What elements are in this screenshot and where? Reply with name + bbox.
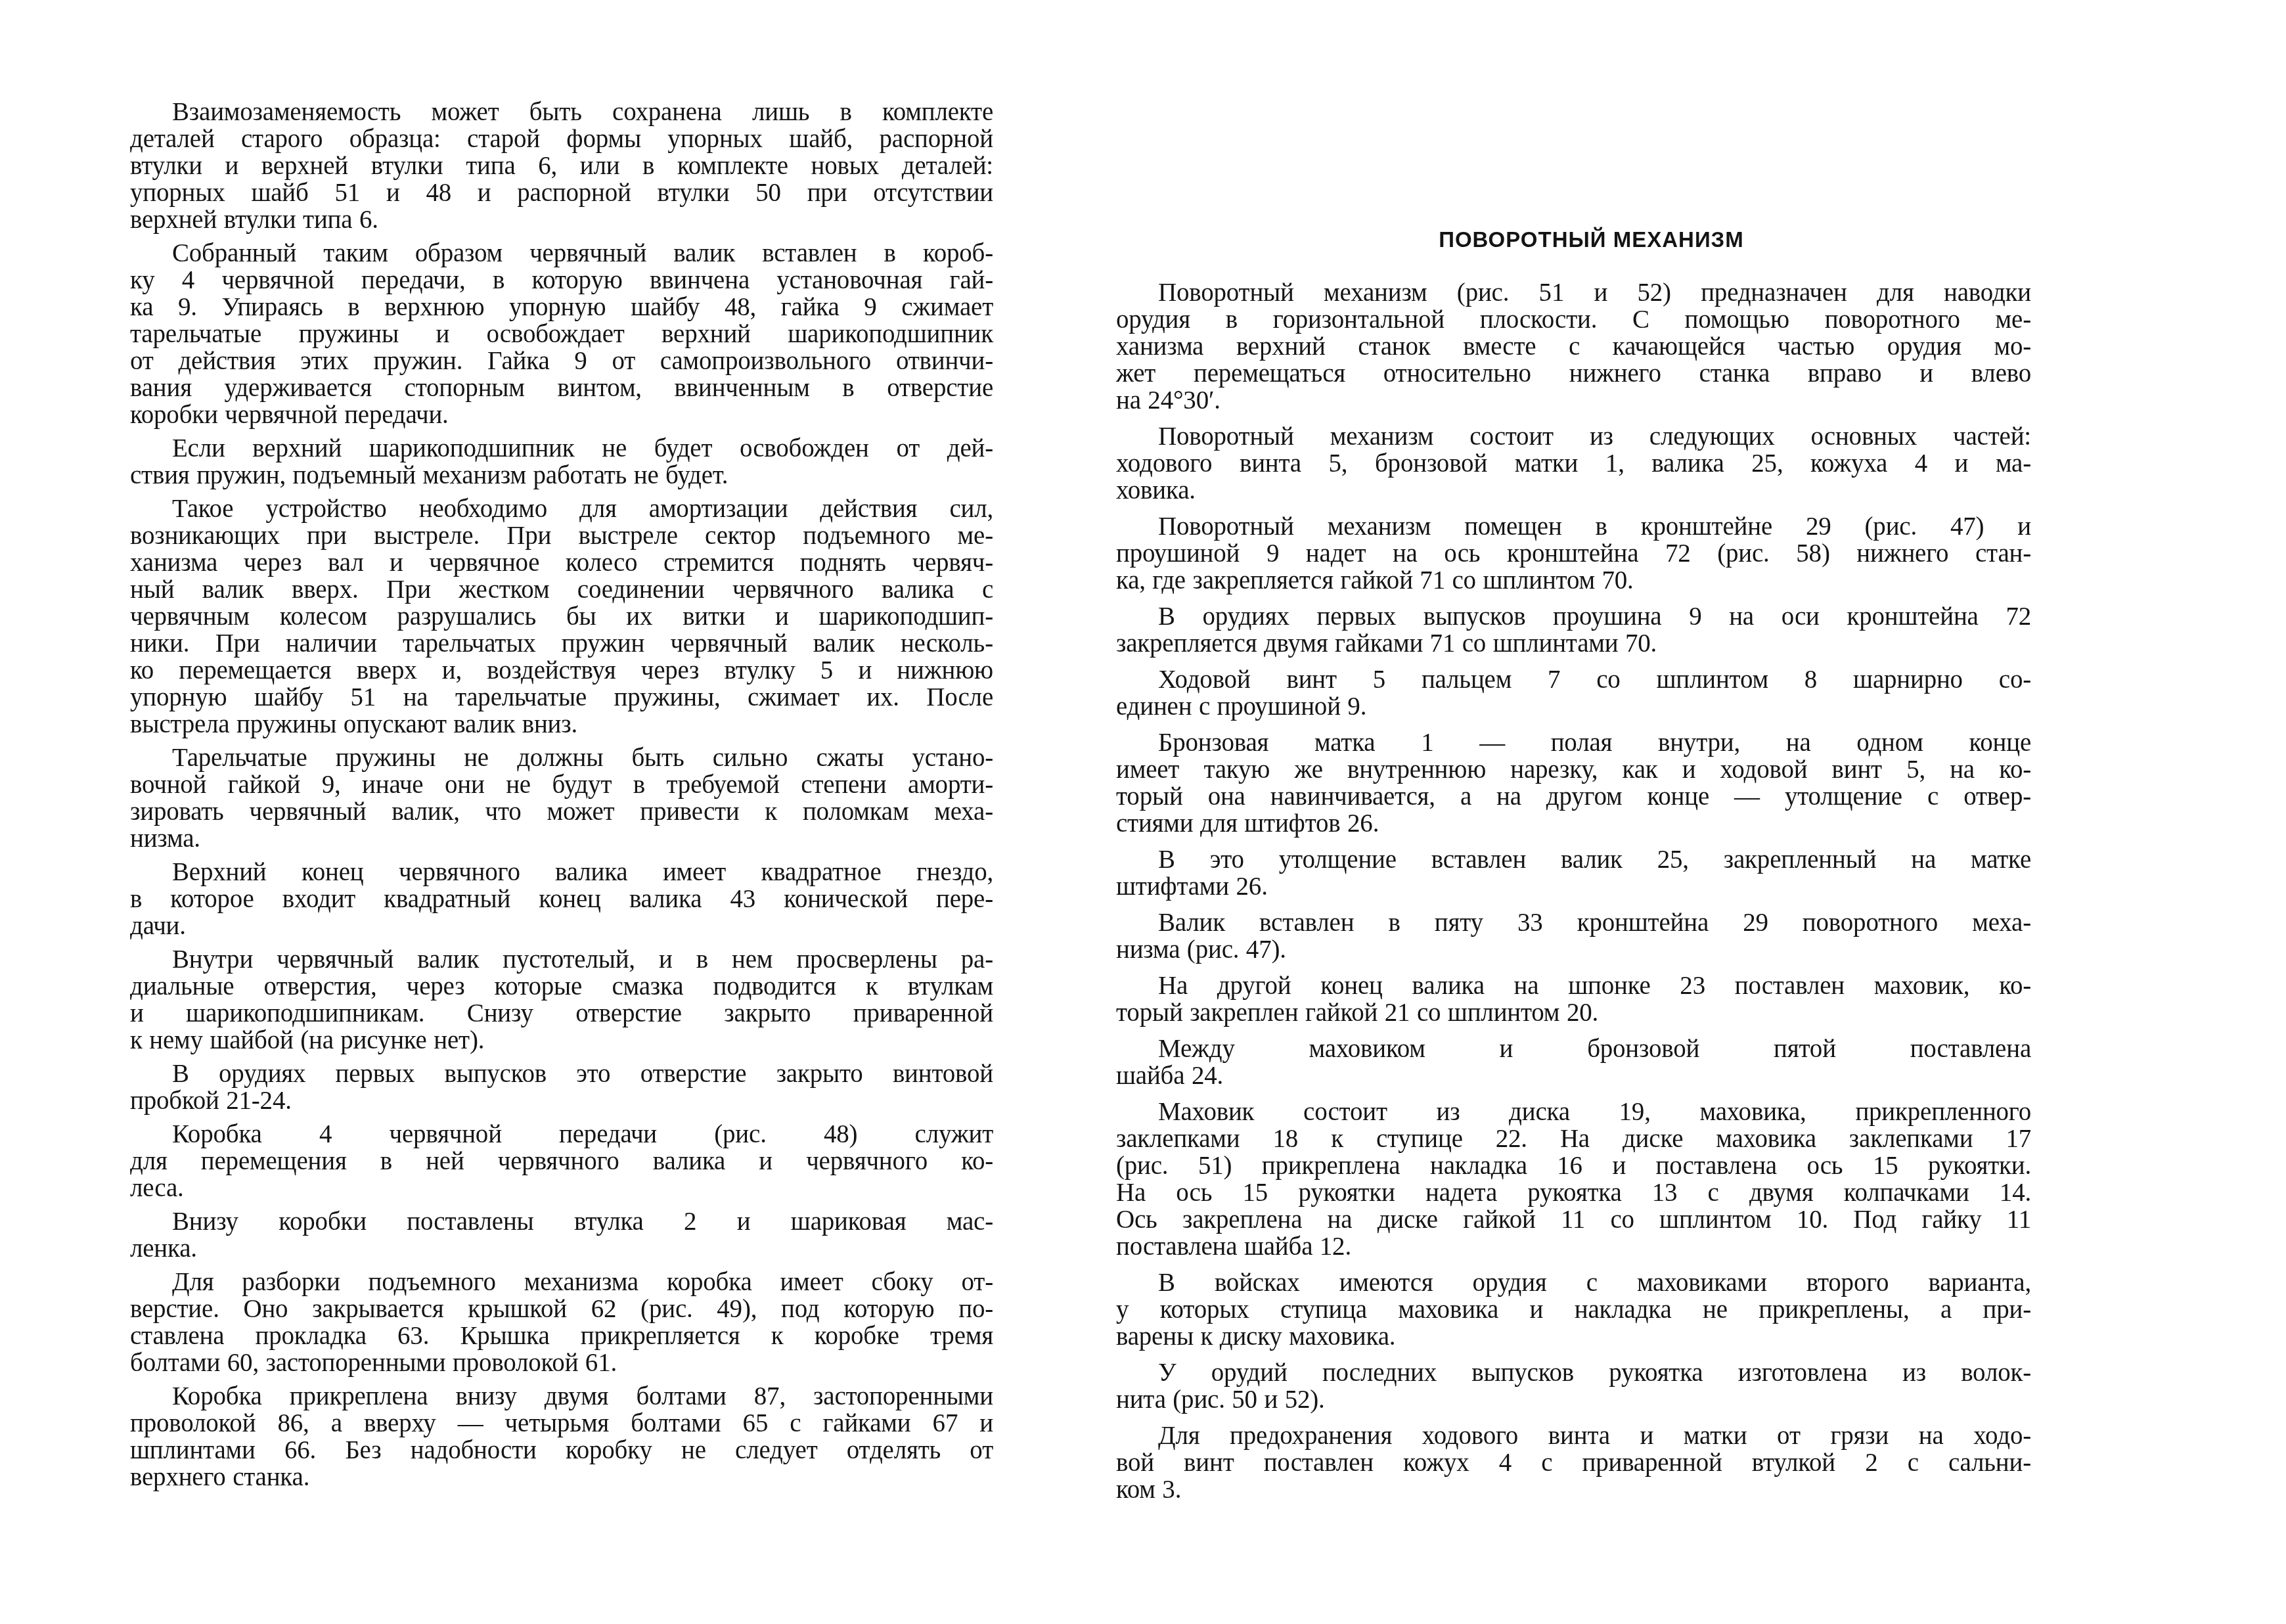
text-line: торый закреплен гайкой 21 со шплинтом 20… — [1116, 999, 2031, 1026]
text-line: закрепляется двумя гайками 71 со шплинта… — [1116, 630, 2031, 657]
text-line: леса. — [130, 1175, 993, 1202]
text-line: возникающих при выстреле. При выстреле с… — [130, 522, 993, 549]
text-line: имеет такую же внутреннюю нарезку, как и… — [1116, 756, 2031, 783]
paragraph: Если верхний шарикоподшипник не будет ос… — [130, 435, 993, 489]
text-line: ханизма верхний станок вместе с качающей… — [1116, 333, 2031, 360]
text-line: упорную шайбу 51 на тарельчатые пружины,… — [130, 684, 993, 711]
text-line: поставлена шайба 12. — [1116, 1233, 2031, 1260]
paragraph: У орудий последних выпусков рукоятка изг… — [1116, 1359, 2031, 1413]
text-line: Поворотный механизм состоит из следующих… — [1116, 423, 2031, 450]
text-line: жет перемещаться относительно нижнего ст… — [1116, 360, 2031, 387]
paragraph: Поворотный механизм состоит из следующих… — [1116, 423, 2031, 504]
text-line: ставлена прокладка 63. Крышка прикрепляе… — [130, 1322, 993, 1349]
text-line: болтами 60, застопоренными проволокой 61… — [130, 1349, 993, 1376]
text-line: шплинтами 66. Без надобности коробку не … — [130, 1437, 993, 1464]
text-line: стиями для штифтов 26. — [1116, 810, 2031, 837]
text-line: низма. — [130, 825, 993, 852]
text-line: Для предохранения ходового винта и матки… — [1116, 1422, 2031, 1449]
text-line: Ходовой винт 5 пальцем 7 со шплинтом 8 ш… — [1116, 666, 2031, 693]
text-line: ка 9. Упираясь в верхнюю упорную шайбу 4… — [130, 294, 993, 321]
text-line: проушиной 9 надет на ось кронштейна 72 (… — [1116, 540, 2031, 567]
left-page-text-column: Взаимозаменяемость может быть сохранена … — [130, 99, 993, 1497]
text-line: орудия в горизонтальной плоскости. С пом… — [1116, 306, 2031, 333]
paragraph: Для предохранения ходового винта и матки… — [1116, 1422, 2031, 1503]
paragraph: Бронзовая матка 1 — полая внутри, на одн… — [1116, 729, 2031, 837]
text-line: зировать червячный валик, что может прив… — [130, 798, 993, 825]
paragraph: В войсках имеются орудия с маховиками вт… — [1116, 1269, 2031, 1350]
paragraph: В орудиях первых выпусков проушина 9 на … — [1116, 603, 2031, 657]
paragraph: Поворотный механизм (рис. 51 и 52) предн… — [1116, 279, 2031, 414]
text-line: заклепками 18 к ступице 22. На диске мах… — [1116, 1125, 2031, 1152]
text-line: варены к диску маховика. — [1116, 1323, 2031, 1350]
text-line: В орудиях первых выпусков проушина 9 на … — [1116, 603, 2031, 630]
text-line: от действия этих пружин. Гайка 9 от само… — [130, 348, 993, 374]
paragraph: В орудиях первых выпусков это отверстие … — [130, 1060, 993, 1114]
paragraph: Собранный таким образом червячный валик … — [130, 240, 993, 428]
text-line: ка, где закрепляется гайкой 71 со шплинт… — [1116, 567, 2031, 594]
text-line: упорных шайб 51 и 48 и распорной втулки … — [130, 179, 993, 206]
text-line: В это утолщение вставлен валик 25, закре… — [1116, 846, 2031, 873]
text-line: Валик вставлен в пяту 33 кронштейна 29 п… — [1116, 909, 2031, 936]
text-line: Коробка 4 червячной передачи (рис. 48) с… — [130, 1121, 993, 1148]
text-line: Верхний конец червячного валика имеет кв… — [130, 859, 993, 886]
text-line: у которых ступица маховика и накладка не… — [1116, 1296, 2031, 1323]
paragraph: Коробка прикреплена внизу двумя болтами … — [130, 1383, 993, 1491]
text-line: ко перемещается вверх и, воздействуя чер… — [130, 657, 993, 684]
text-line: Внизу коробки поставлены втулка 2 и шари… — [130, 1208, 993, 1235]
text-line: верхнего станка. — [130, 1464, 993, 1491]
text-line: На другой конец валика на шпонке 23 пост… — [1116, 972, 2031, 999]
text-line: ку 4 червячной передачи, в которую ввинч… — [130, 267, 993, 294]
text-line: Маховик состоит из диска 19, маховика, п… — [1116, 1098, 2031, 1125]
text-line: ханизма через вал и червячное колесо стр… — [130, 549, 993, 576]
text-line: Для разборки подъемного механизма коробк… — [130, 1269, 993, 1296]
text-line: верхней втулки типа 6. — [130, 206, 993, 233]
text-line: штифтами 26. — [1116, 873, 2031, 900]
text-line: В войсках имеются орудия с маховиками вт… — [1116, 1269, 2031, 1296]
text-line: Коробка прикреплена внизу двумя болтами … — [130, 1383, 993, 1410]
text-line: ники. При наличии тарельчатых пружин чер… — [130, 630, 993, 657]
section-title: ПОВОРОТНЫЙ МЕХАНИЗМ — [1423, 223, 1759, 256]
paragraph: Взаимозаменяемость может быть сохранена … — [130, 99, 993, 233]
paragraph: Ходовой винт 5 пальцем 7 со шплинтом 8 ш… — [1116, 666, 2031, 720]
paragraph: Для разборки подъемного механизма коробк… — [130, 1269, 993, 1376]
text-line: Между маховиком и бронзовой пятой постав… — [1116, 1035, 2031, 1062]
text-line: У орудий последних выпусков рукоятка изг… — [1116, 1359, 2031, 1386]
text-line: вой винт поставлен кожух 4 с приваренной… — [1116, 1449, 2031, 1476]
text-line: червячным колесом разрушались бы их витк… — [130, 603, 993, 630]
text-line: вочной гайкой 9, иначе они не будут в тр… — [130, 771, 993, 798]
text-line: Ось закреплена на диске гайкой 11 со шпл… — [1116, 1206, 2031, 1233]
text-line: (рис. 51) прикреплена накладка 16 и пост… — [1116, 1152, 2031, 1179]
text-line: для перемещения в ней червячного валика … — [130, 1148, 993, 1175]
text-line: нита (рис. 50 и 52). — [1116, 1386, 2031, 1413]
text-line: торый она навинчивается, а на другом кон… — [1116, 783, 2031, 810]
text-line: В орудиях первых выпусков это отверстие … — [130, 1060, 993, 1087]
text-line: вания удерживается стопорным винтом, вви… — [130, 374, 993, 401]
paragraph: Маховик состоит из диска 19, маховика, п… — [1116, 1098, 2031, 1260]
text-line: ствия пружин, подъемный механизм работат… — [130, 462, 993, 489]
text-line: единен с проушиной 9. — [1116, 693, 2031, 720]
text-line: дачи. — [130, 913, 993, 939]
text-line: и шарикоподшипникам. Снизу отверстие зак… — [130, 1000, 993, 1027]
text-line: шайба 24. — [1116, 1062, 2031, 1089]
paragraph: Внутри червячный валик пустотелый, и в н… — [130, 946, 993, 1054]
text-line: пробкой 21-24. — [130, 1087, 993, 1114]
paragraph: Валик вставлен в пяту 33 кронштейна 29 п… — [1116, 909, 2031, 963]
text-line: Внутри червячный валик пустотелый, и в н… — [130, 946, 993, 973]
text-line: выстрела пружины опускают валик вниз. — [130, 711, 993, 738]
paragraph: Верхний конец червячного валика имеет кв… — [130, 859, 993, 939]
text-line: Бронзовая матка 1 — полая внутри, на одн… — [1116, 729, 2031, 756]
paragraph: На другой конец валика на шпонке 23 пост… — [1116, 972, 2031, 1026]
text-line: низма (рис. 47). — [1116, 936, 2031, 963]
paragraph: Тарельчатые пружины не должны быть сильн… — [130, 744, 993, 852]
text-line: Если верхний шарикоподшипник не будет ос… — [130, 435, 993, 462]
text-line: ходового винта 5, бронзовой матки 1, вал… — [1116, 450, 2031, 477]
text-line: тарельчатые пружины и освобождает верхни… — [130, 321, 993, 348]
right-page-text-column: Поворотный механизм (рис. 51 и 52) предн… — [1116, 279, 2031, 1512]
text-line: На ось 15 рукоятки надета рукоятка 13 с … — [1116, 1179, 2031, 1206]
text-line: Собранный таким образом червячный валик … — [130, 240, 993, 267]
text-line: проволокой 86, а вверху — четырьмя болта… — [130, 1410, 993, 1437]
text-line: ком 3. — [1116, 1476, 2031, 1503]
text-line: коробки червячной передачи. — [130, 401, 993, 428]
paragraph: Поворотный механизм помещен в кронштейне… — [1116, 513, 2031, 594]
text-line: верстие. Оно закрывается крышкой 62 (рис… — [130, 1296, 993, 1322]
text-line: ленка. — [130, 1235, 993, 1262]
text-line: в которое входит квадратный конец валика… — [130, 886, 993, 913]
paragraph: Такое устройство необходимо для амортиза… — [130, 495, 993, 738]
paragraph: Между маховиком и бронзовой пятой постав… — [1116, 1035, 2031, 1089]
text-line: к нему шайбой (на рисунке нет). — [130, 1027, 993, 1054]
text-line: Поворотный механизм (рис. 51 и 52) предн… — [1116, 279, 2031, 306]
text-line: Тарельчатые пружины не должны быть сильн… — [130, 744, 993, 771]
left-page: Взаимозаменяемость может быть сохранена … — [0, 0, 1051, 1624]
text-line: ховика. — [1116, 477, 2031, 504]
text-line: деталей старого образца: старой формы уп… — [130, 125, 993, 152]
text-line: ный валик вверх. При жестком соединении … — [130, 576, 993, 603]
text-line: диальные отверстия, через которые смазка… — [130, 973, 993, 1000]
paragraph: Внизу коробки поставлены втулка 2 и шари… — [130, 1208, 993, 1262]
text-line: на 24°30′. — [1116, 387, 2031, 414]
text-line: Взаимозаменяемость может быть сохранена … — [130, 99, 993, 125]
text-line: втулки и верхней втулки типа 6, или в ко… — [130, 152, 993, 179]
text-line: Такое устройство необходимо для амортиза… — [130, 495, 993, 522]
paragraph: Коробка 4 червячной передачи (рис. 48) с… — [130, 1121, 993, 1202]
text-line: Поворотный механизм помещен в кронштейне… — [1116, 513, 2031, 540]
paragraph: В это утолщение вставлен валик 25, закре… — [1116, 846, 2031, 900]
right-page: ПОВОРОТНЫЙ МЕХАНИЗМ Поворотный механизм … — [1051, 0, 2286, 1624]
